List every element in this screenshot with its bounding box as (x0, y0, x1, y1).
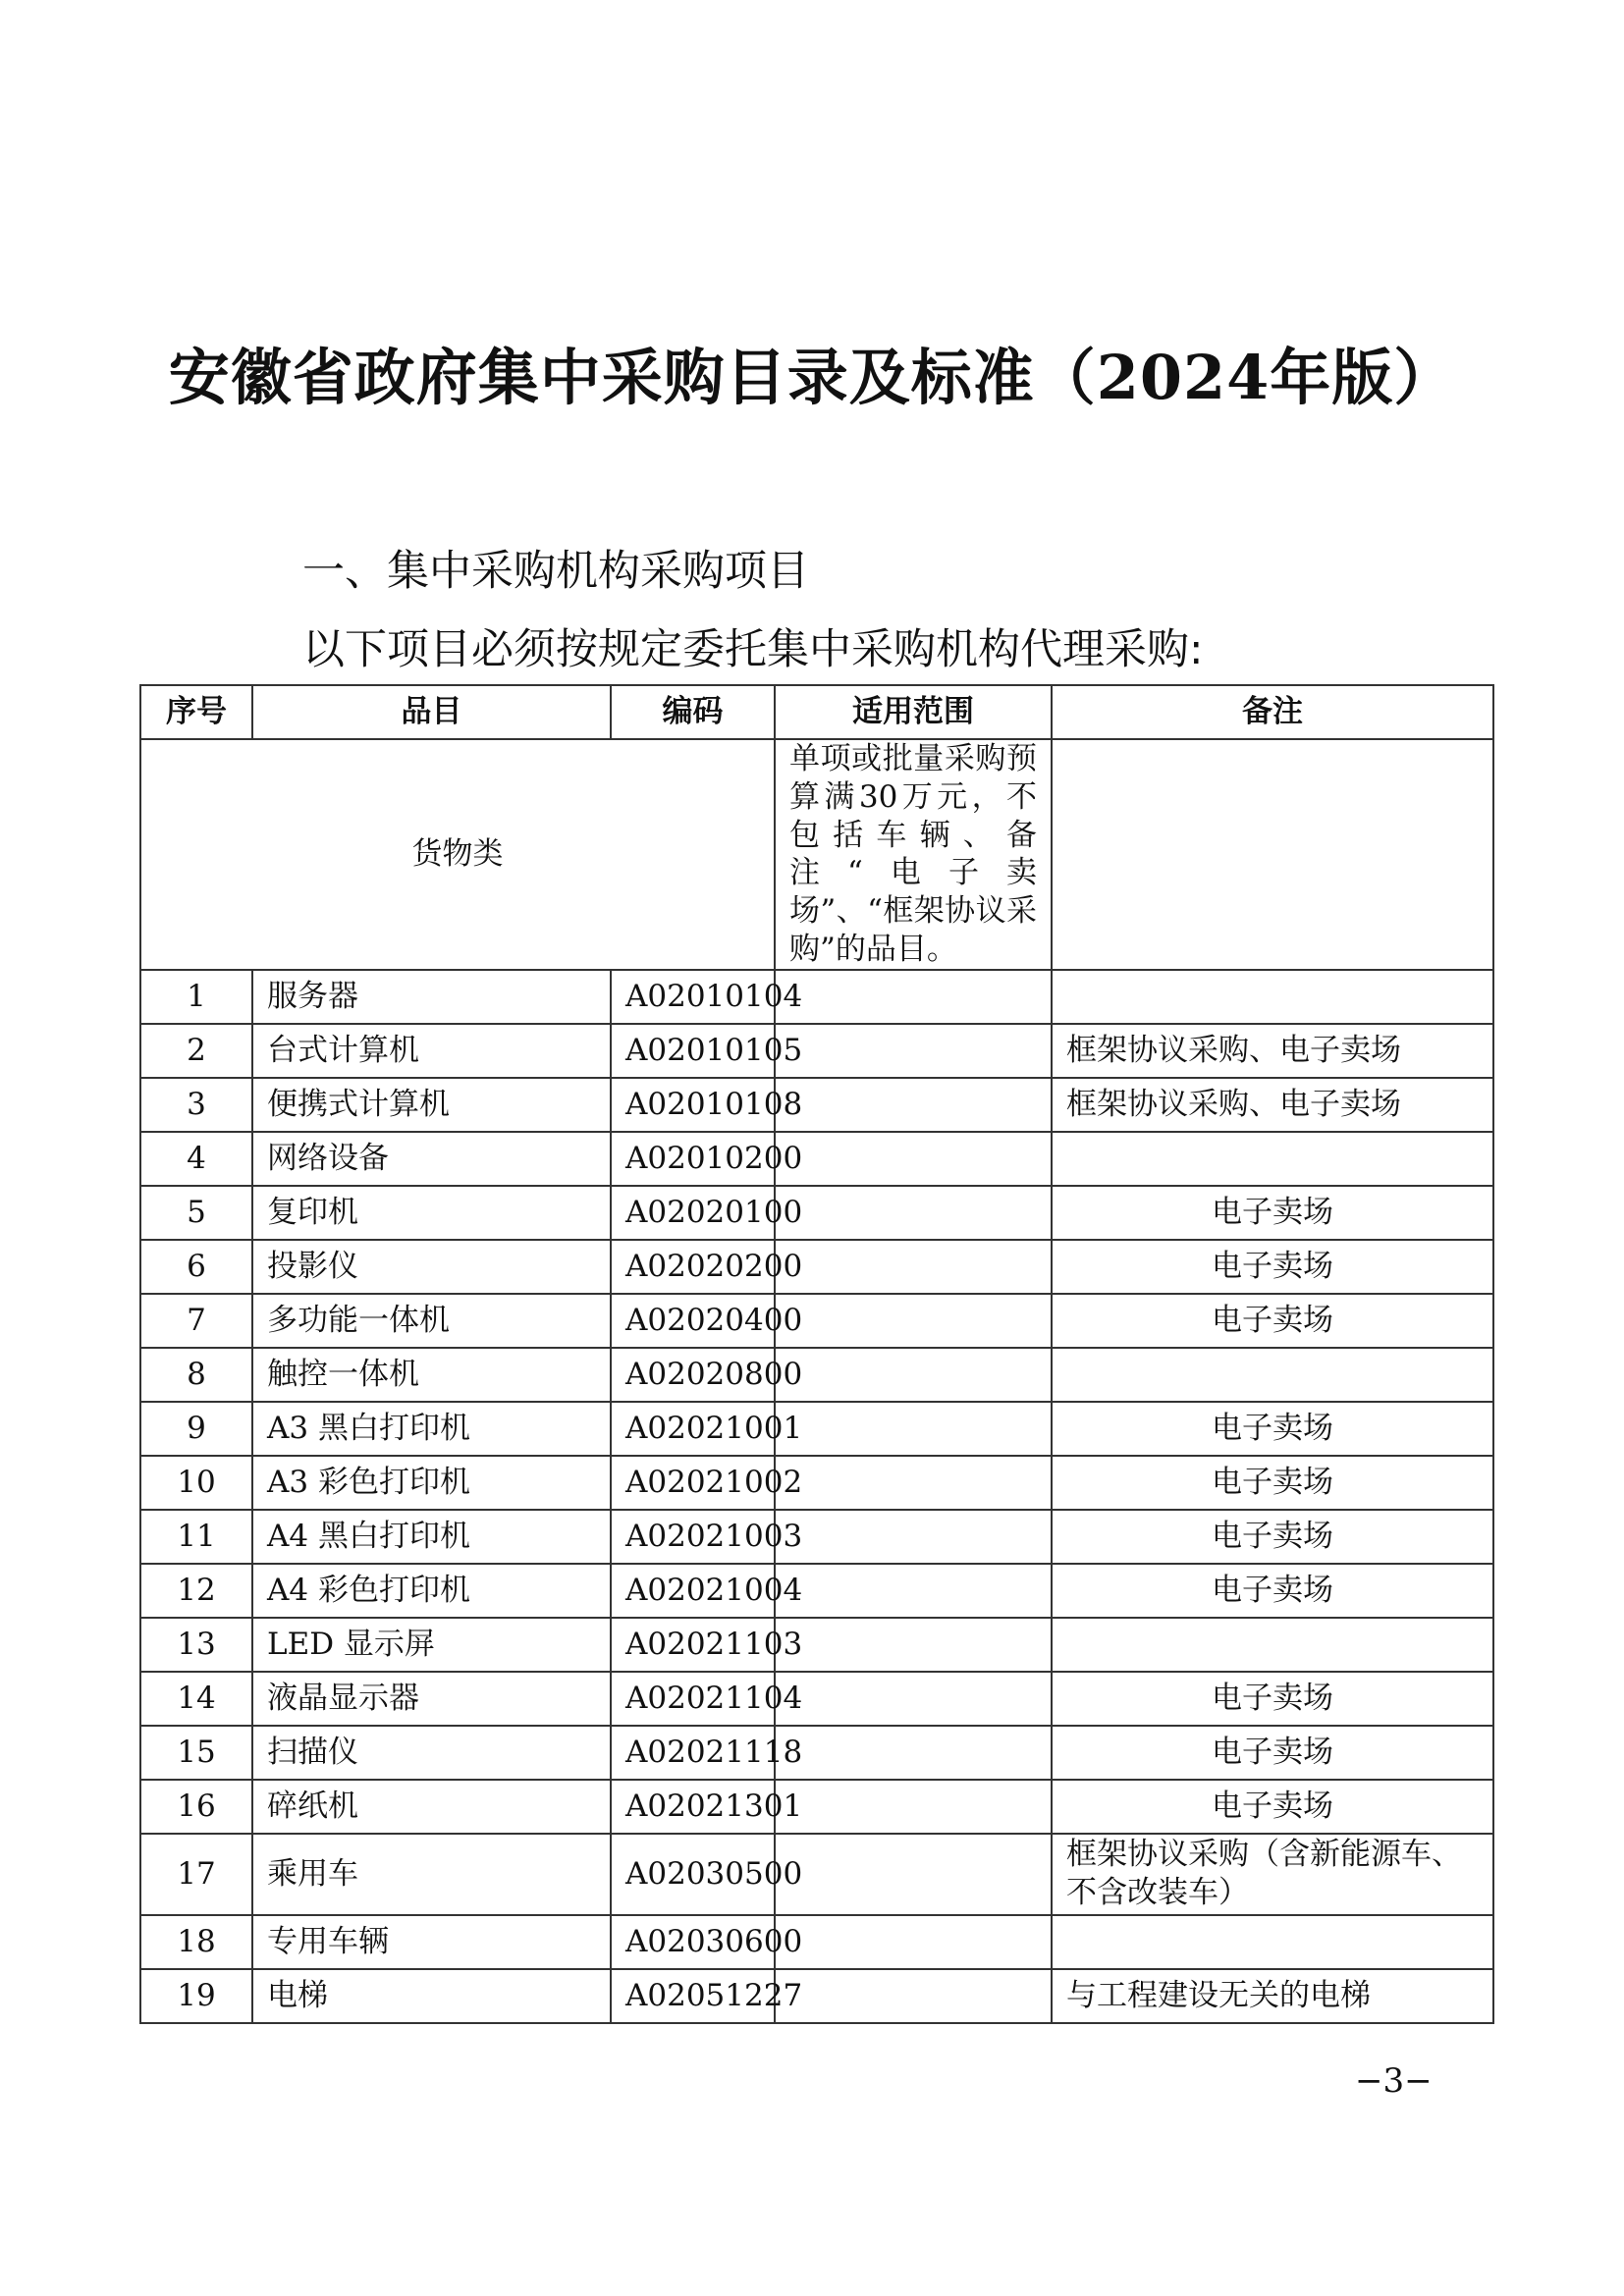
cell-no: 10 (140, 1456, 252, 1510)
table-row: 19电梯A02051227与工程建设无关的电梯 (140, 1969, 1493, 2023)
cell-code: A02051227 (611, 1969, 775, 2023)
header-item: 品目 (252, 685, 611, 739)
cell-item-name: 触控一体机 (252, 1348, 611, 1402)
cell-scope (775, 1834, 1052, 1915)
cell-note (1052, 1348, 1493, 1402)
cell-no: 19 (140, 1969, 252, 2023)
table-row: 16碎纸机A02021301电子卖场 (140, 1780, 1493, 1834)
procurement-catalog-table: 序号 品目 编码 适用范围 备注 货物类 单项或批量采购预算满30万元，不包括车… (139, 684, 1494, 2024)
table-row: 9A3 黑白打印机A02021001电子卖场 (140, 1402, 1493, 1456)
cell-scope (775, 1294, 1052, 1348)
cell-item-name: LED 显示屏 (252, 1618, 611, 1672)
cell-scope (775, 1618, 1052, 1672)
cell-item-name: A4 彩色打印机 (252, 1564, 611, 1618)
cell-code: A02021103 (611, 1618, 775, 1672)
cell-scope (775, 1024, 1052, 1078)
cell-scope (775, 1186, 1052, 1240)
table-row: 8触控一体机A02020800 (140, 1348, 1493, 1402)
cell-note (1052, 1618, 1493, 1672)
cell-no: 8 (140, 1348, 252, 1402)
header-scope: 适用范围 (775, 685, 1052, 739)
cell-scope (775, 1348, 1052, 1402)
table-header-row: 序号 品目 编码 适用范围 备注 (140, 685, 1493, 739)
table-row: 14液晶显示器A02021104电子卖场 (140, 1672, 1493, 1726)
cell-code: A02021001 (611, 1402, 775, 1456)
cell-code: A02030500 (611, 1834, 775, 1915)
cell-scope (775, 1456, 1052, 1510)
cell-no: 5 (140, 1186, 252, 1240)
cell-no: 1 (140, 970, 252, 1024)
table-row: 10A3 彩色打印机A02021002电子卖场 (140, 1456, 1493, 1510)
category-note (1052, 739, 1493, 970)
cell-no: 6 (140, 1240, 252, 1294)
cell-code: A02010108 (611, 1078, 775, 1132)
cell-note: 电子卖场 (1052, 1672, 1493, 1726)
category-scope: 单项或批量采购预算满30万元，不包括车辆、备注“电子卖场”、“框架协议采购”的品… (775, 739, 1052, 970)
cell-code: A02020100 (611, 1186, 775, 1240)
table-row: 12A4 彩色打印机A02021004电子卖场 (140, 1564, 1493, 1618)
cell-no: 3 (140, 1078, 252, 1132)
cell-item-name: 液晶显示器 (252, 1672, 611, 1726)
table-row: 18专用车辆A02030600 (140, 1915, 1493, 1969)
cell-code: A02021004 (611, 1564, 775, 1618)
cell-item-name: 电梯 (252, 1969, 611, 2023)
header-no: 序号 (140, 685, 252, 739)
page-number: −3− (1355, 2061, 1433, 2101)
cell-item-name: A3 彩色打印机 (252, 1456, 611, 1510)
cell-no: 13 (140, 1618, 252, 1672)
cell-item-name: 便携式计算机 (252, 1078, 611, 1132)
cell-scope (775, 1132, 1052, 1186)
cell-no: 14 (140, 1672, 252, 1726)
cell-no: 11 (140, 1510, 252, 1564)
cell-item-name: A3 黑白打印机 (252, 1402, 611, 1456)
cell-note: 电子卖场 (1052, 1456, 1493, 1510)
cell-item-name: 服务器 (252, 970, 611, 1024)
cell-note: 电子卖场 (1052, 1240, 1493, 1294)
cell-code: A02030600 (611, 1915, 775, 1969)
cell-note: 与工程建设无关的电梯 (1052, 1969, 1493, 2023)
cell-code: A02021301 (611, 1780, 775, 1834)
table-row: 1服务器A02010104 (140, 970, 1493, 1024)
cell-item-name: 网络设备 (252, 1132, 611, 1186)
cell-no: 15 (140, 1726, 252, 1780)
table-row: 4网络设备A02010200 (140, 1132, 1493, 1186)
cell-note: 电子卖场 (1052, 1780, 1493, 1834)
table-row: 3便携式计算机A02010108框架协议采购、电子卖场 (140, 1078, 1493, 1132)
cell-item-name: A4 黑白打印机 (252, 1510, 611, 1564)
cell-note: 框架协议采购、电子卖场 (1052, 1078, 1493, 1132)
cell-code: A02020800 (611, 1348, 775, 1402)
cell-scope (775, 1564, 1052, 1618)
cell-no: 7 (140, 1294, 252, 1348)
cell-note: 电子卖场 (1052, 1726, 1493, 1780)
cell-scope (775, 1969, 1052, 2023)
cell-item-name: 专用车辆 (252, 1915, 611, 1969)
cell-no: 2 (140, 1024, 252, 1078)
cell-scope (775, 1402, 1052, 1456)
table-row: 13LED 显示屏A02021103 (140, 1618, 1493, 1672)
cell-note: 电子卖场 (1052, 1564, 1493, 1618)
cell-item-name: 复印机 (252, 1186, 611, 1240)
cell-code: A02010104 (611, 970, 775, 1024)
table-row: 2台式计算机A02010105框架协议采购、电子卖场 (140, 1024, 1493, 1078)
cell-note (1052, 1915, 1493, 1969)
cell-item-name: 碎纸机 (252, 1780, 611, 1834)
cell-note (1052, 1132, 1493, 1186)
cell-scope (775, 1510, 1052, 1564)
cell-code: A02021002 (611, 1456, 775, 1510)
cell-scope (775, 1915, 1052, 1969)
cell-note: 电子卖场 (1052, 1402, 1493, 1456)
table-row: 15扫描仪A02021118电子卖场 (140, 1726, 1493, 1780)
table-row: 7多功能一体机A02020400电子卖场 (140, 1294, 1493, 1348)
cell-note: 框架协议采购、电子卖场 (1052, 1024, 1493, 1078)
cell-code: A02021118 (611, 1726, 775, 1780)
cell-no: 9 (140, 1402, 252, 1456)
category-label: 货物类 (140, 739, 775, 970)
cell-scope (775, 1078, 1052, 1132)
cell-scope (775, 1780, 1052, 1834)
cell-scope (775, 1726, 1052, 1780)
cell-code: A02020400 (611, 1294, 775, 1348)
cell-code: A02010105 (611, 1024, 775, 1078)
table-row: 11A4 黑白打印机A02021003电子卖场 (140, 1510, 1493, 1564)
category-row: 货物类 单项或批量采购预算满30万元，不包括车辆、备注“电子卖场”、“框架协议采… (140, 739, 1493, 970)
intro-text: 以下项目必须按规定委托集中采购机构代理采购: (302, 616, 1204, 676)
cell-code: A02010200 (611, 1132, 775, 1186)
table-row: 17乘用车A02030500框架协议采购（含新能源车、不含改装车） (140, 1834, 1493, 1915)
cell-no: 18 (140, 1915, 252, 1969)
cell-code: A02021104 (611, 1672, 775, 1726)
cell-note: 电子卖场 (1052, 1294, 1493, 1348)
header-note: 备注 (1052, 685, 1493, 739)
cell-scope (775, 1672, 1052, 1726)
cell-item-name: 乘用车 (252, 1834, 611, 1915)
cell-note (1052, 970, 1493, 1024)
cell-item-name: 多功能一体机 (252, 1294, 611, 1348)
cell-note: 框架协议采购（含新能源车、不含改装车） (1052, 1834, 1493, 1915)
cell-note: 电子卖场 (1052, 1186, 1493, 1240)
cell-no: 12 (140, 1564, 252, 1618)
cell-item-name: 台式计算机 (252, 1024, 611, 1078)
table-row: 6投影仪A02020200电子卖场 (140, 1240, 1493, 1294)
section-heading: 一、集中采购机构采购项目 (302, 538, 809, 598)
cell-code: A02020200 (611, 1240, 775, 1294)
cell-item-name: 扫描仪 (252, 1726, 611, 1780)
cell-note: 电子卖场 (1052, 1510, 1493, 1564)
document-title: 安徽省政府集中采购目录及标准（2024年版） (0, 329, 1624, 416)
cell-item-name: 投影仪 (252, 1240, 611, 1294)
cell-no: 16 (140, 1780, 252, 1834)
cell-code: A02021003 (611, 1510, 775, 1564)
cell-scope (775, 970, 1052, 1024)
cell-no: 17 (140, 1834, 252, 1915)
cell-no: 4 (140, 1132, 252, 1186)
header-code: 编码 (611, 685, 775, 739)
cell-scope (775, 1240, 1052, 1294)
table-row: 5复印机A02020100电子卖场 (140, 1186, 1493, 1240)
